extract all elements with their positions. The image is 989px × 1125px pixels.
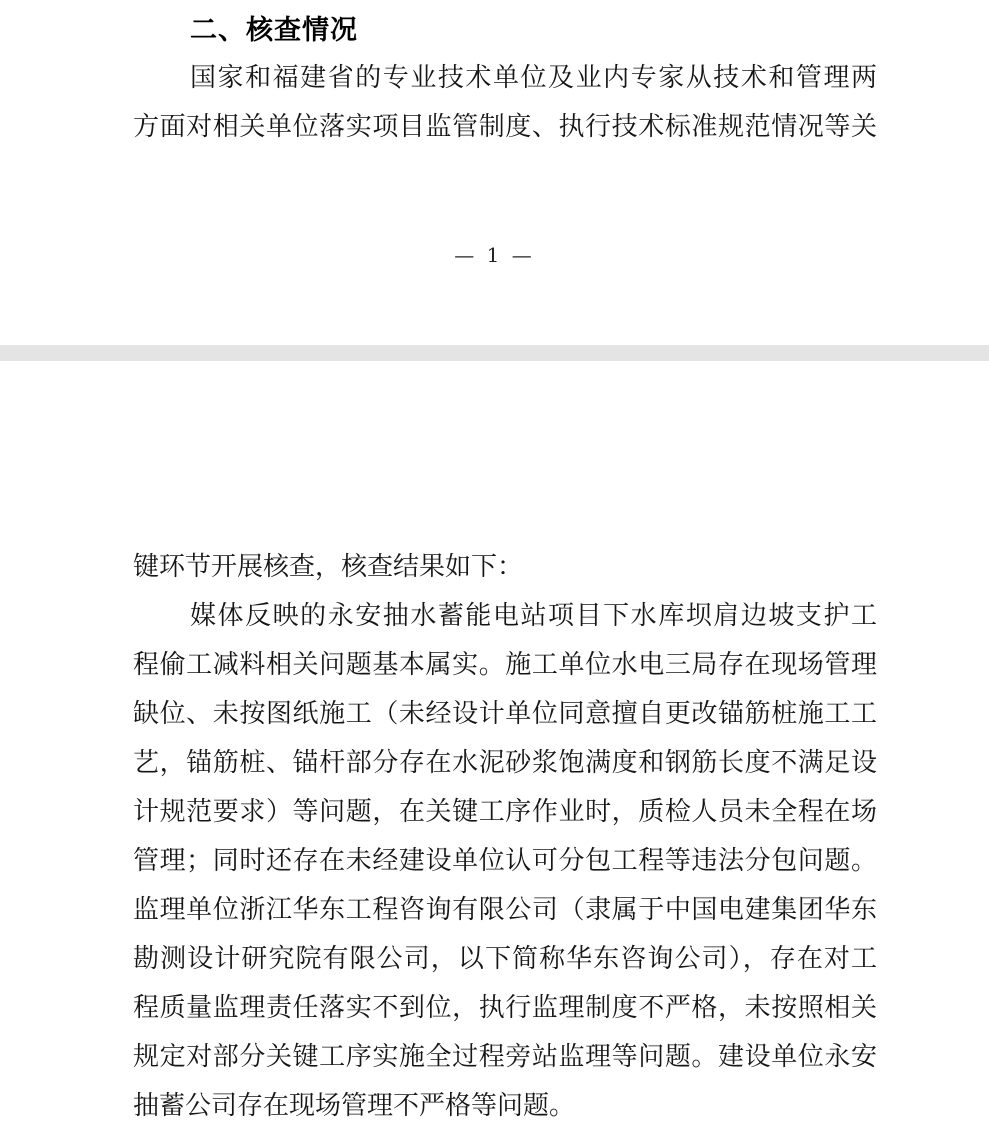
body-text-line: 程偷工减料相关问题基本属实。施工单位水电三局存在现场管理 bbox=[133, 641, 877, 690]
body-text-line: 媒体反映的永安抽水蓄能电站项目下水库坝肩边坡支护工 bbox=[133, 592, 877, 641]
body-text-line: 管理；同时还存在未经建设单位认可分包工程等违法分包问题。 bbox=[133, 837, 877, 886]
body-text-line: 艺，锚筋桩、锚杆部分存在水泥砂浆饱满度和钢筋长度不满足设 bbox=[133, 739, 877, 788]
body-text-line: 国家和福建省的专业技术单位及业内专家从技术和管理两 bbox=[133, 54, 877, 103]
body-text-line: 键环节开展核查，核查结果如下： bbox=[133, 543, 877, 592]
body-text-line: 监理单位浙江华东工程咨询有限公司（隶属于中国电建集团华东 bbox=[133, 886, 877, 935]
body-text-line: 规定对部分关键工序实施全过程旁站监理等问题。建设单位永安 bbox=[133, 1033, 877, 1082]
document-page-1: 二、核查情况 国家和福建省的专业技术单位及业内专家从技术和管理两 方面对相关单位… bbox=[0, 0, 989, 345]
body-text-line: 计规范要求）等问题，在关键工序作业时，质检人员未全程在场 bbox=[133, 788, 877, 837]
page-separator bbox=[0, 345, 989, 361]
body-text-line: 程质量监理责任落实不到位，执行监理制度不严格，未按照相关 bbox=[133, 984, 877, 1033]
body-text-line: 方面对相关单位落实项目监管制度、执行技术标准规范情况等关 bbox=[133, 103, 877, 152]
section-heading: 二、核查情况 bbox=[190, 14, 358, 48]
body-text-line: 勘测设计研究院有限公司，以下简称华东咨询公司），存在对工 bbox=[133, 935, 877, 984]
page-1-text-block: 国家和福建省的专业技术单位及业内专家从技术和管理两 方面对相关单位落实项目监管制… bbox=[133, 54, 877, 152]
body-text-line: 缺位、未按图纸施工（未经设计单位同意擅自更改锚筋桩施工工 bbox=[133, 690, 877, 739]
page-number: — 1 — bbox=[0, 240, 989, 270]
page-2-text-block: 键环节开展核查，核查结果如下： 媒体反映的永安抽水蓄能电站项目下水库坝肩边坡支护… bbox=[133, 543, 877, 1125]
body-text-line: 抽蓄公司存在现场管理不严格等问题。 bbox=[133, 1082, 877, 1125]
